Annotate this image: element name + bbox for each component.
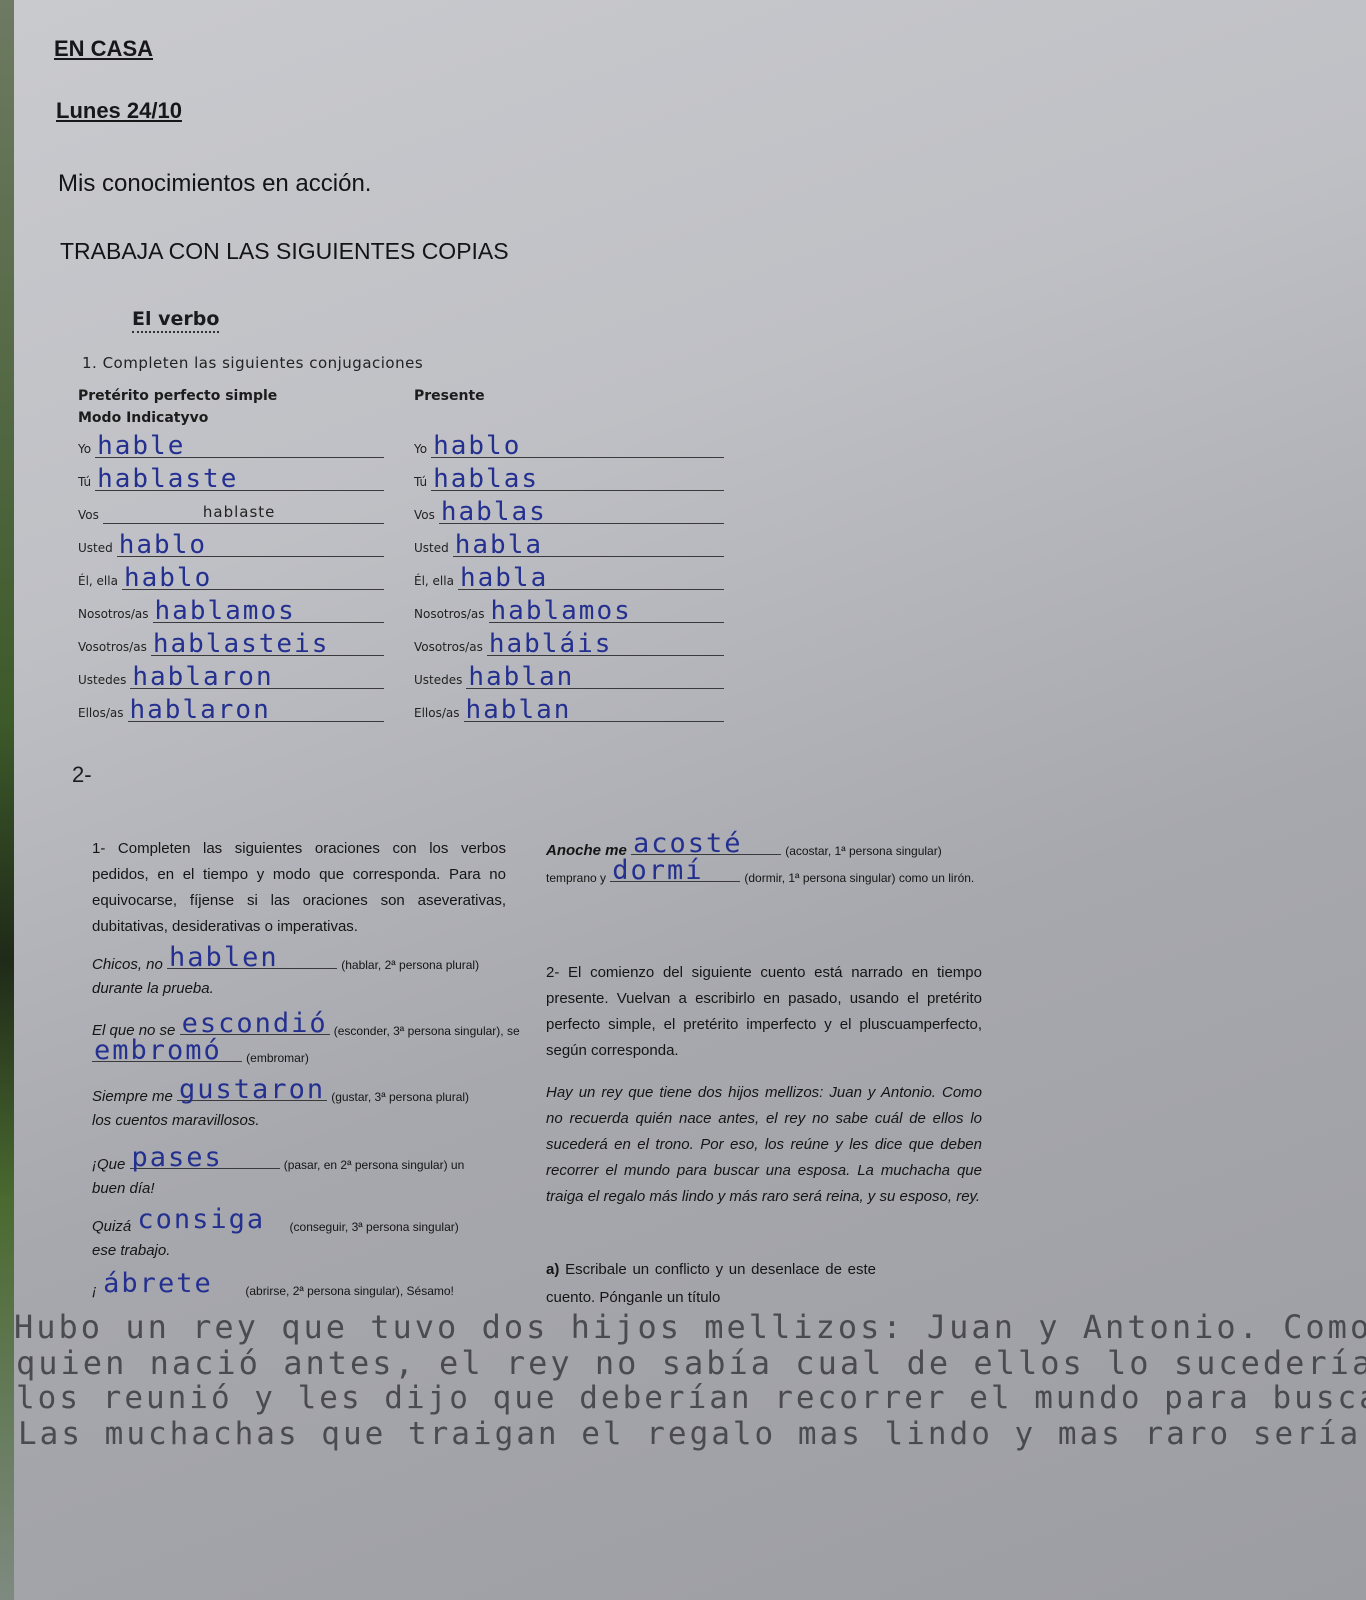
pronoun-label: Ellos/as [78,706,124,722]
answer-blank[interactable]: habla [453,528,724,557]
pronoun-label: Usted [414,541,449,557]
instruction: TRABAJA CON LAS SIGUIENTES COPIAS [60,238,509,265]
pronoun-label: Vos [414,508,435,524]
answer-blank[interactable]: escondió [180,1016,330,1035]
answer-blank-2[interactable]: dormí [610,863,740,882]
handwritten-answer: gustaron [179,1078,325,1102]
worksheet-page: EN CASA Lunes 24/10 Mis conocimientos en… [14,0,1366,1600]
answer-blank-2[interactable]: embromó [92,1043,242,1062]
sentence-conseguir: Quizá consiga (conseguir, 3ª persona sin… [92,1212,522,1263]
conjugation-row: Él, ellahablo [78,562,384,590]
pronoun-label: Ellos/as [414,706,460,722]
exercise2-number: 2- [72,762,92,788]
sentence-hablar: Chicos, no hablen (hablar, 2ª persona pl… [92,950,522,1001]
handwritten-answer: hablan [466,695,572,725]
handwritten-answer: hablaron [130,695,271,725]
exercise2-instructions: 1- Completen las siguientes oraciones co… [92,836,506,940]
handwritten-answer: escondió [182,1012,328,1036]
pronoun-label: Ustedes [414,673,462,689]
handwritten-answer: hablo [433,431,521,461]
handwritten-answer-2: dormí [612,859,703,883]
answer-blank[interactable]: pases [130,1150,280,1169]
handwritten-answer: habla [460,563,548,593]
conjugation-row: Ustedeshablaron [78,661,384,689]
conjugation-row: Vosotros/ashablasteis [78,628,384,656]
answer-blank[interactable]: hablas [431,462,724,491]
handwritten-answer: hablan [468,662,574,692]
answer-blank[interactable]: hablaron [128,693,385,722]
handwritten-line-2: quien nació antes, el rey no sabía cual … [16,1344,1366,1382]
handwritten-answer: habla [455,530,543,560]
pronoun-label: Yo [414,442,427,458]
sentence-gustar: Siempre me gustaron (gustar, 3ª persona … [92,1082,522,1133]
handwritten-answer-2: embromó [94,1039,222,1063]
answer-blank[interactable]: hablamos [153,594,384,623]
pronoun-label: Tú [414,475,427,491]
handwritten-answer: acosté [633,832,743,856]
sentence-acostar-dormir: Anoche me acosté (acostar, 1ª persona si… [546,836,986,890]
handwritten-answer: hablo [124,563,212,593]
conjugation-row: Ustedeshablan [414,661,724,689]
answer-blank[interactable]: hablo [117,528,384,557]
task-a: a) Escribale un conflicto y un desenlace… [546,1256,876,1312]
handwritten-answer: hablamos [155,596,296,626]
handwritten-line-3: los reunió y les dijo que deberían recor… [16,1380,1366,1416]
answer-blank[interactable]: gustaron [177,1082,327,1101]
conjugation-row: Túhablaste [78,463,384,491]
printed-answer: hablaste [203,503,276,521]
conjugation-row: Ustedhablo [78,529,384,557]
answer-blank[interactable]: hablamos [489,594,724,623]
section-title-el-verbo: El verbo [132,308,219,333]
pronoun-label: Vosotros/as [414,640,483,656]
handwritten-answer: hablen [169,946,279,970]
pronoun-label: Ustedes [78,673,126,689]
conjugation-row: Nosotros/ashablamos [78,595,384,623]
answer-blank[interactable]: hablo [122,561,384,590]
subtitle: Mis conocimientos en acción. [58,170,371,198]
conjugation-row: Vosotros/ashabláis [414,628,724,656]
answer-blank[interactable]: hablen [167,950,337,969]
sentence-abrirse: ¡ ábrete (abrirse, 2ª persona singular),… [92,1276,522,1303]
pronoun-label: Tú [78,475,91,491]
answer-blank[interactable]: hable [95,429,384,458]
handwritten-line-1: Hubo un rey que tuvo dos hijos mellizos:… [14,1308,1366,1346]
conjugation-row: Yohable [78,430,384,458]
answer-blank[interactable]: hablasteis [151,627,384,656]
pronoun-label: Él, ella [78,574,118,590]
handwritten-answer: hable [97,431,185,461]
col-heading-modo: Modo Indicatyvo [78,410,208,426]
conjugation-row: Ellos/ashablan [414,694,724,722]
answer-blank[interactable]: acosté [631,836,781,855]
answer-blank[interactable]: habla [458,561,724,590]
sentence-esconder: El que no se escondió (esconder, 3ª pers… [92,1016,522,1070]
handwritten-answer: hablaste [97,464,238,494]
col-heading-presente: Presente [414,388,485,404]
handwritten-answer: habláis [489,629,613,659]
pronoun-label: Vos [78,508,99,524]
pronoun-label: Nosotros/as [414,607,485,623]
answer-blank[interactable]: hablan [466,660,724,689]
answer-blank[interactable]: ábrete [101,1276,241,1295]
story-text: Hay un rey que tiene dos hijos mellizos:… [546,1080,982,1210]
heading-en-casa: EN CASA [54,36,153,62]
handwritten-answer: pases [132,1146,223,1170]
answer-blank[interactable]: hablaste [103,495,384,524]
col-heading-preterito: Pretérito perfecto simple [78,388,277,404]
story-instructions: 2- El comienzo del siguiente cuento está… [546,960,982,1064]
answer-blank[interactable]: hablaron [130,660,384,689]
handwritten-line-4: Las muchachas que traigan el regalo mas … [18,1416,1366,1452]
conjugation-row: Túhablas [414,463,724,491]
conjugation-row: Yohablo [414,430,724,458]
answer-blank[interactable]: hablaste [95,462,384,491]
pronoun-label: Vosotros/as [78,640,147,656]
pronoun-label: Él, ella [414,574,454,590]
handwritten-answer: hablasteis [153,629,330,659]
pronoun-label: Nosotros/as [78,607,149,623]
heading-date: Lunes 24/10 [56,98,182,124]
handwritten-answer: consiga [137,1208,265,1232]
handwritten-answer: hablo [119,530,207,560]
exercise1-prompt: 1. Completen las siguientes conjugacione… [82,354,423,372]
pronoun-label: Yo [78,442,91,458]
answer-blank[interactable]: hablas [439,495,724,524]
handwritten-answer: hablaron [132,662,273,692]
sentence-pasar: ¡Que pases (pasar, en 2ª persona singula… [92,1150,522,1201]
answer-blank[interactable]: hablan [464,693,725,722]
answer-blank[interactable]: consiga [135,1212,285,1231]
conjugation-row: Ustedhabla [414,529,724,557]
conjugation-row: Ellos/ashablaron [78,694,384,722]
conjugation-row: Voshablas [414,496,724,524]
conjugation-row: Nosotros/ashablamos [414,595,724,623]
conjugation-row: Voshablaste [78,496,384,524]
handwritten-answer: ábrete [103,1272,213,1296]
answer-blank[interactable]: habláis [487,627,724,656]
handwritten-answer: hablas [441,497,547,527]
handwritten-answer: hablas [433,464,539,494]
answer-blank[interactable]: hablo [431,429,724,458]
handwritten-answer: hablamos [491,596,632,626]
pronoun-label: Usted [78,541,113,557]
conjugation-row: Él, ellahabla [414,562,724,590]
